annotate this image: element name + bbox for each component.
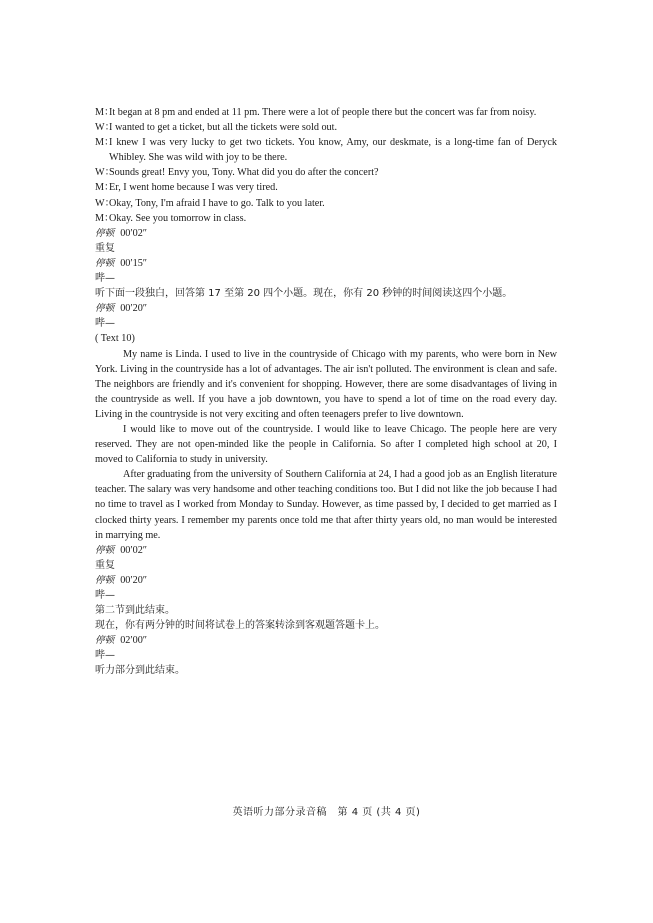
dialogue-text: I knew I was very lucky to get two ticke… — [109, 137, 557, 163]
beep-line: 哔— — [95, 648, 557, 663]
pause-time: 00′02″ — [120, 228, 147, 239]
monologue-paragraph: I would like to move out of the countrys… — [95, 422, 557, 467]
transfer-instruction-line: 现在，你有两分钟的时间将试卷上的答案转涂到客观题答题卡上。 — [95, 618, 557, 633]
pause-label: 停顿 — [95, 635, 114, 646]
beep-line: 哔— — [95, 271, 557, 286]
dialogue-text: Okay. See you tomorrow in class. — [109, 213, 246, 224]
pause-time: 00′20″ — [120, 303, 147, 314]
pause-time: 02′00″ — [120, 635, 147, 646]
section-end-line: 第二节到此结束。 — [95, 603, 557, 618]
speaker-label: W： — [95, 165, 109, 180]
page-footer: 英语听力部分录音稿 第 4 页 (共 4 页) — [0, 803, 653, 818]
pause-time: 00′15″ — [120, 258, 147, 269]
speaker-label: M： — [95, 180, 109, 195]
instruction-line: 听下面一段独白，回答第 17 至第 20 四个小题。现在，你有 20 秒钟的时间… — [95, 286, 557, 301]
speaker-label: W： — [95, 120, 109, 135]
beep-line: 哔— — [95, 588, 557, 603]
dialogue-line: M：Okay. See you tomorrow in class. — [95, 211, 557, 226]
dialogue-text: Okay, Tony, I'm afraid I have to go. Tal… — [109, 198, 325, 209]
speaker-label: M： — [95, 135, 109, 150]
dialogue-line: M：It began at 8 pm and ended at 11 pm. T… — [95, 105, 557, 120]
dialogue-text: It began at 8 pm and ended at 11 pm. The… — [109, 107, 536, 118]
dialogue-line: W：Okay, Tony, I'm afraid I have to go. T… — [95, 196, 557, 211]
dialogue-text: Sounds great! Envy you, Tony. What did y… — [109, 167, 379, 178]
dialogue-line: M：Er, I went home because I was very tir… — [95, 180, 557, 195]
dialogue-line: W：Sounds great! Envy you, Tony. What did… — [95, 165, 557, 180]
beep-line: 哔— — [95, 316, 557, 331]
dialogue-line: M：I knew I was very lucky to get two tic… — [95, 135, 557, 165]
pause-line: 停顿00′02″ — [95, 543, 557, 558]
text-label: ( Text 10) — [95, 331, 557, 346]
repeat-line: 重复 — [95, 558, 557, 573]
dialogue-text: I wanted to get a ticket, but all the ti… — [109, 122, 337, 133]
pause-label: 停顿 — [95, 545, 114, 556]
dialogue-text: Er, I went home because I was very tired… — [109, 182, 278, 193]
pause-time: 00′02″ — [120, 545, 147, 556]
pause-time: 00′20″ — [120, 575, 147, 586]
listening-end-line: 听力部分到此结束。 — [95, 663, 557, 678]
repeat-line: 重复 — [95, 241, 557, 256]
pause-label: 停顿 — [95, 303, 114, 314]
pause-line: 停顿00′15″ — [95, 256, 557, 271]
speaker-label: M： — [95, 211, 109, 226]
transcript-body: M：It began at 8 pm and ended at 11 pm. T… — [95, 105, 557, 679]
speaker-label: M： — [95, 105, 109, 120]
pause-line: 停顿00′20″ — [95, 573, 557, 588]
pause-line: 停顿00′02″ — [95, 226, 557, 241]
speaker-label: W： — [95, 196, 109, 211]
document-page: M：It began at 8 pm and ended at 11 pm. T… — [0, 0, 653, 923]
dialogue-line: W：I wanted to get a ticket, but all the … — [95, 120, 557, 135]
monologue-paragraph: After graduating from the university of … — [95, 467, 557, 542]
pause-label: 停顿 — [95, 228, 114, 239]
pause-label: 停顿 — [95, 575, 114, 586]
pause-label: 停顿 — [95, 258, 114, 269]
pause-line: 停顿00′20″ — [95, 301, 557, 316]
pause-line: 停顿02′00″ — [95, 633, 557, 648]
monologue-paragraph: My name is Linda. I used to live in the … — [95, 347, 557, 422]
